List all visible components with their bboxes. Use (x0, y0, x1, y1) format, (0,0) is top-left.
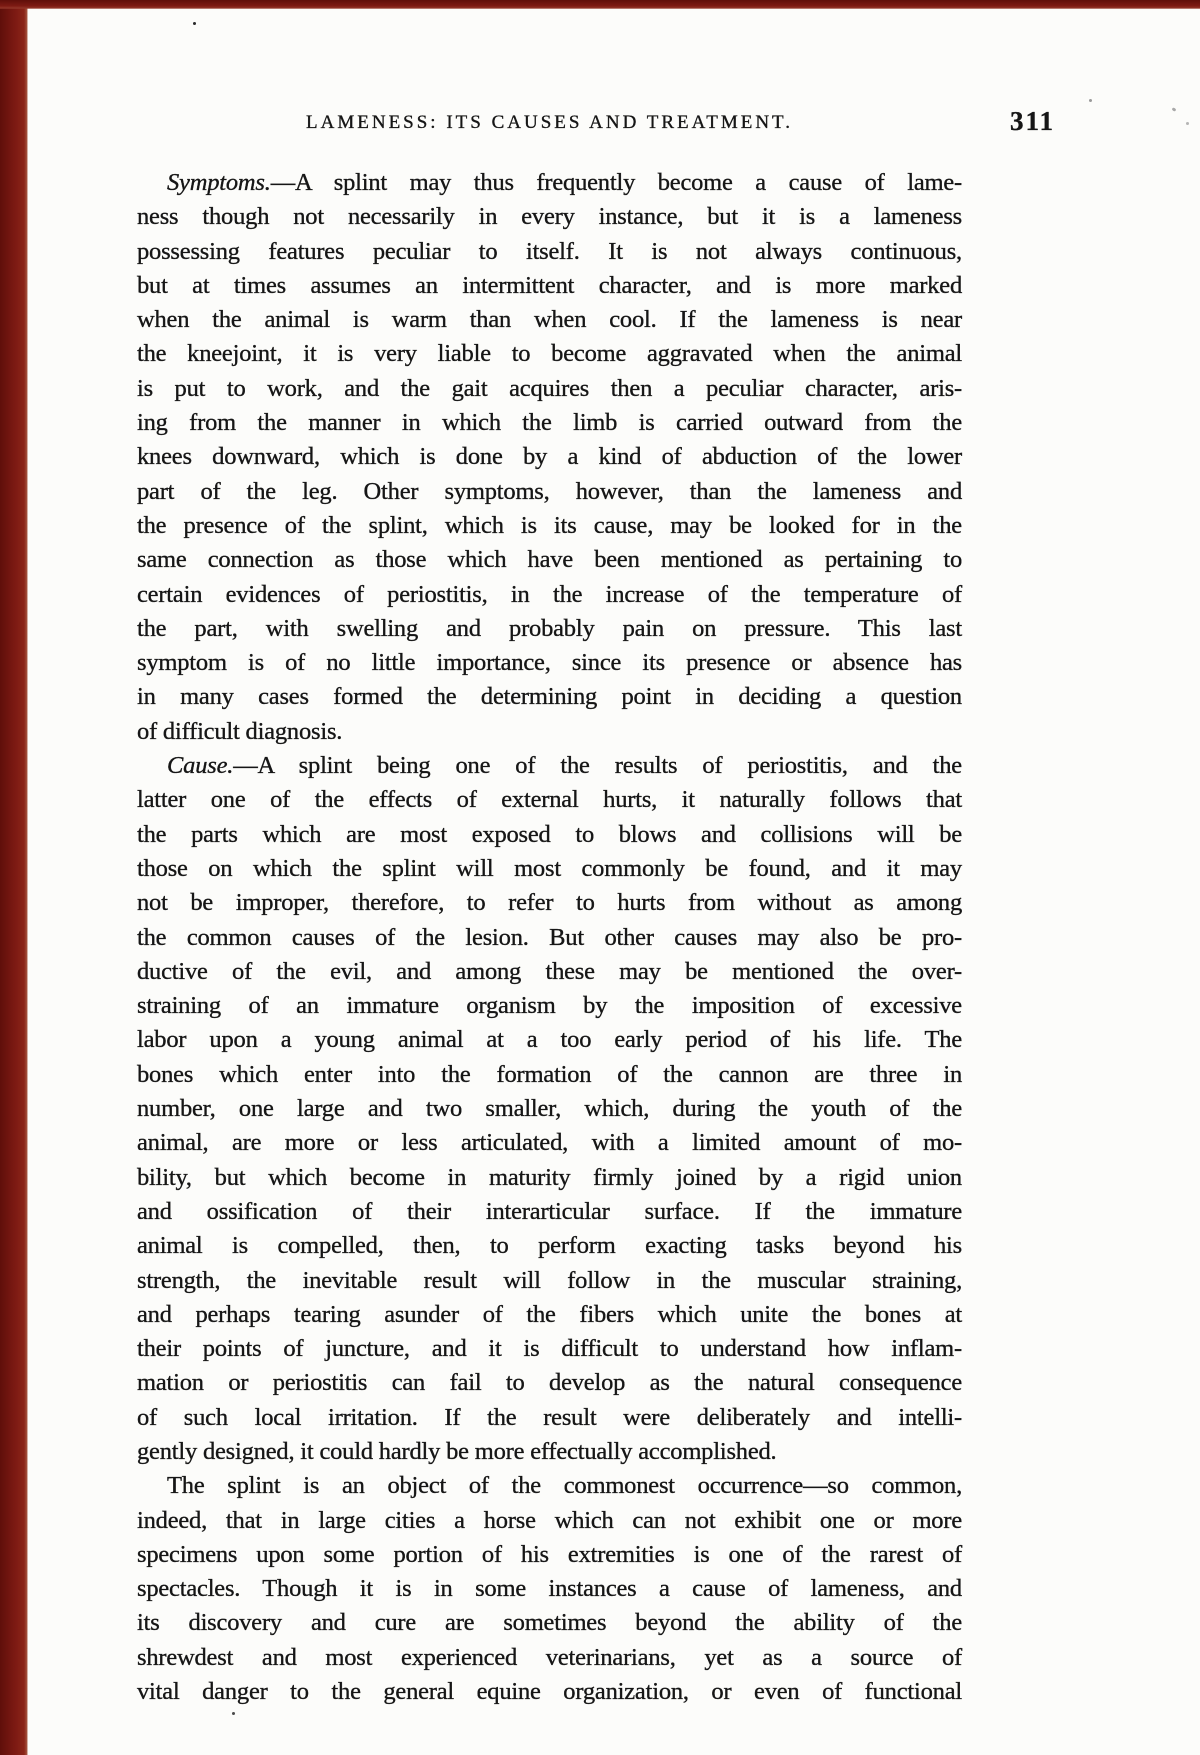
text-line: same connection as those which have been… (137, 543, 962, 577)
text-line: possessing features peculiar to itself. … (137, 235, 962, 269)
text-line: of such local irritation. If the result … (137, 1401, 962, 1435)
text-line: animal, are more or less articulated, wi… (137, 1126, 962, 1160)
text-line: ness though not necessarily in every ins… (137, 200, 962, 234)
scan-artifact-dot (1089, 99, 1092, 102)
text-line: ing from the manner in which the limb is… (137, 406, 962, 440)
paragraph-lead: Cause. (167, 752, 233, 779)
text-line: spectacles. Though it is in some instanc… (137, 1572, 962, 1606)
text-line: labor upon a young animal at a too early… (137, 1023, 962, 1057)
text-line: bones which enter into the formation of … (137, 1058, 962, 1092)
text-line: vital danger to the general equine organ… (137, 1675, 962, 1709)
scan-edge-top (0, 0, 1200, 9)
scan-artifact-dot (193, 22, 196, 25)
page-number: 311 (1010, 106, 1055, 137)
text-line: certain evidences of periostitis, in the… (137, 578, 962, 612)
text-line: part of the leg. Other symptoms, however… (137, 475, 962, 509)
text-line: and perhaps tearing asunder of the fiber… (137, 1298, 962, 1332)
text-line: mation or periostitis can fail to develo… (137, 1366, 962, 1400)
text-line: the kneejoint, it is very liable to beco… (137, 337, 962, 371)
scan-artifact-dot (232, 1712, 235, 1715)
paragraph: The splint is an object of the commonest… (137, 1469, 962, 1709)
text-line: the part, with swelling and probably pai… (137, 612, 962, 646)
text-line: but at times assumes an intermittent cha… (137, 269, 962, 303)
text-line: symptom is of no little importance, sinc… (137, 646, 962, 680)
text-line: its discovery and cure are sometimes bey… (137, 1606, 962, 1640)
text-column: Symptoms.—A splint may thus frequently b… (137, 166, 962, 1709)
text-line: the common causes of the lesion. But oth… (137, 921, 962, 955)
scan-edge-left (0, 0, 28, 1755)
text-line: when the animal is warm than when cool. … (137, 303, 962, 337)
text-line: The splint is an object of the commonest… (137, 1469, 962, 1503)
text-line: their points of juncture, and it is diff… (137, 1332, 962, 1366)
text-line: Symptoms.—A splint may thus frequently b… (137, 166, 962, 200)
text-line: Cause.—A splint being one of the results… (137, 749, 962, 783)
text-line: number, one large and two smaller, which… (137, 1092, 962, 1126)
text-line: and ossification of their interarticular… (137, 1195, 962, 1229)
text-line: gently designed, it could hardly be more… (137, 1435, 962, 1469)
text-line: straining of an immature organism by the… (137, 989, 962, 1023)
text-line: animal is compelled, then, to perform ex… (137, 1229, 962, 1263)
running-title: LAMENESS: ITS CAUSES AND TREATMENT. (137, 112, 962, 134)
text-line: shrewdest and most experienced veterinar… (137, 1641, 962, 1675)
text-line: ductive of the evil, and among these may… (137, 955, 962, 989)
text-line: in many cases formed the determining poi… (137, 680, 962, 714)
book-page: LAMENESS: ITS CAUSES AND TREATMENT. 311 … (0, 0, 1200, 1755)
scan-artifact-dot (1172, 107, 1177, 112)
text-line: knees downward, which is done by a kind … (137, 440, 962, 474)
text-line: specimens upon some portion of his extre… (137, 1538, 962, 1572)
paragraph-lead: Symptoms. (167, 169, 271, 196)
paragraph: Symptoms.—A splint may thus frequently b… (137, 166, 962, 749)
text-line: latter one of the effects of external hu… (137, 783, 962, 817)
text-line: strength, the inevitable result will fol… (137, 1264, 962, 1298)
text-line: indeed, that in large cities a horse whi… (137, 1504, 962, 1538)
paragraph: Cause.—A splint being one of the results… (137, 749, 962, 1469)
text-line: of difficult diagnosis. (137, 715, 962, 749)
scan-artifact-dot (1186, 122, 1189, 125)
text-line: not be improper, therefore, to refer to … (137, 886, 962, 920)
text-line: the parts which are most exposed to blow… (137, 818, 962, 852)
text-line: the presence of the splint, which is its… (137, 509, 962, 543)
text-line: is put to work, and the gait acquires th… (137, 372, 962, 406)
text-line: bility, but which become in maturity fir… (137, 1161, 962, 1195)
text-line: those on which the splint will most comm… (137, 852, 962, 886)
